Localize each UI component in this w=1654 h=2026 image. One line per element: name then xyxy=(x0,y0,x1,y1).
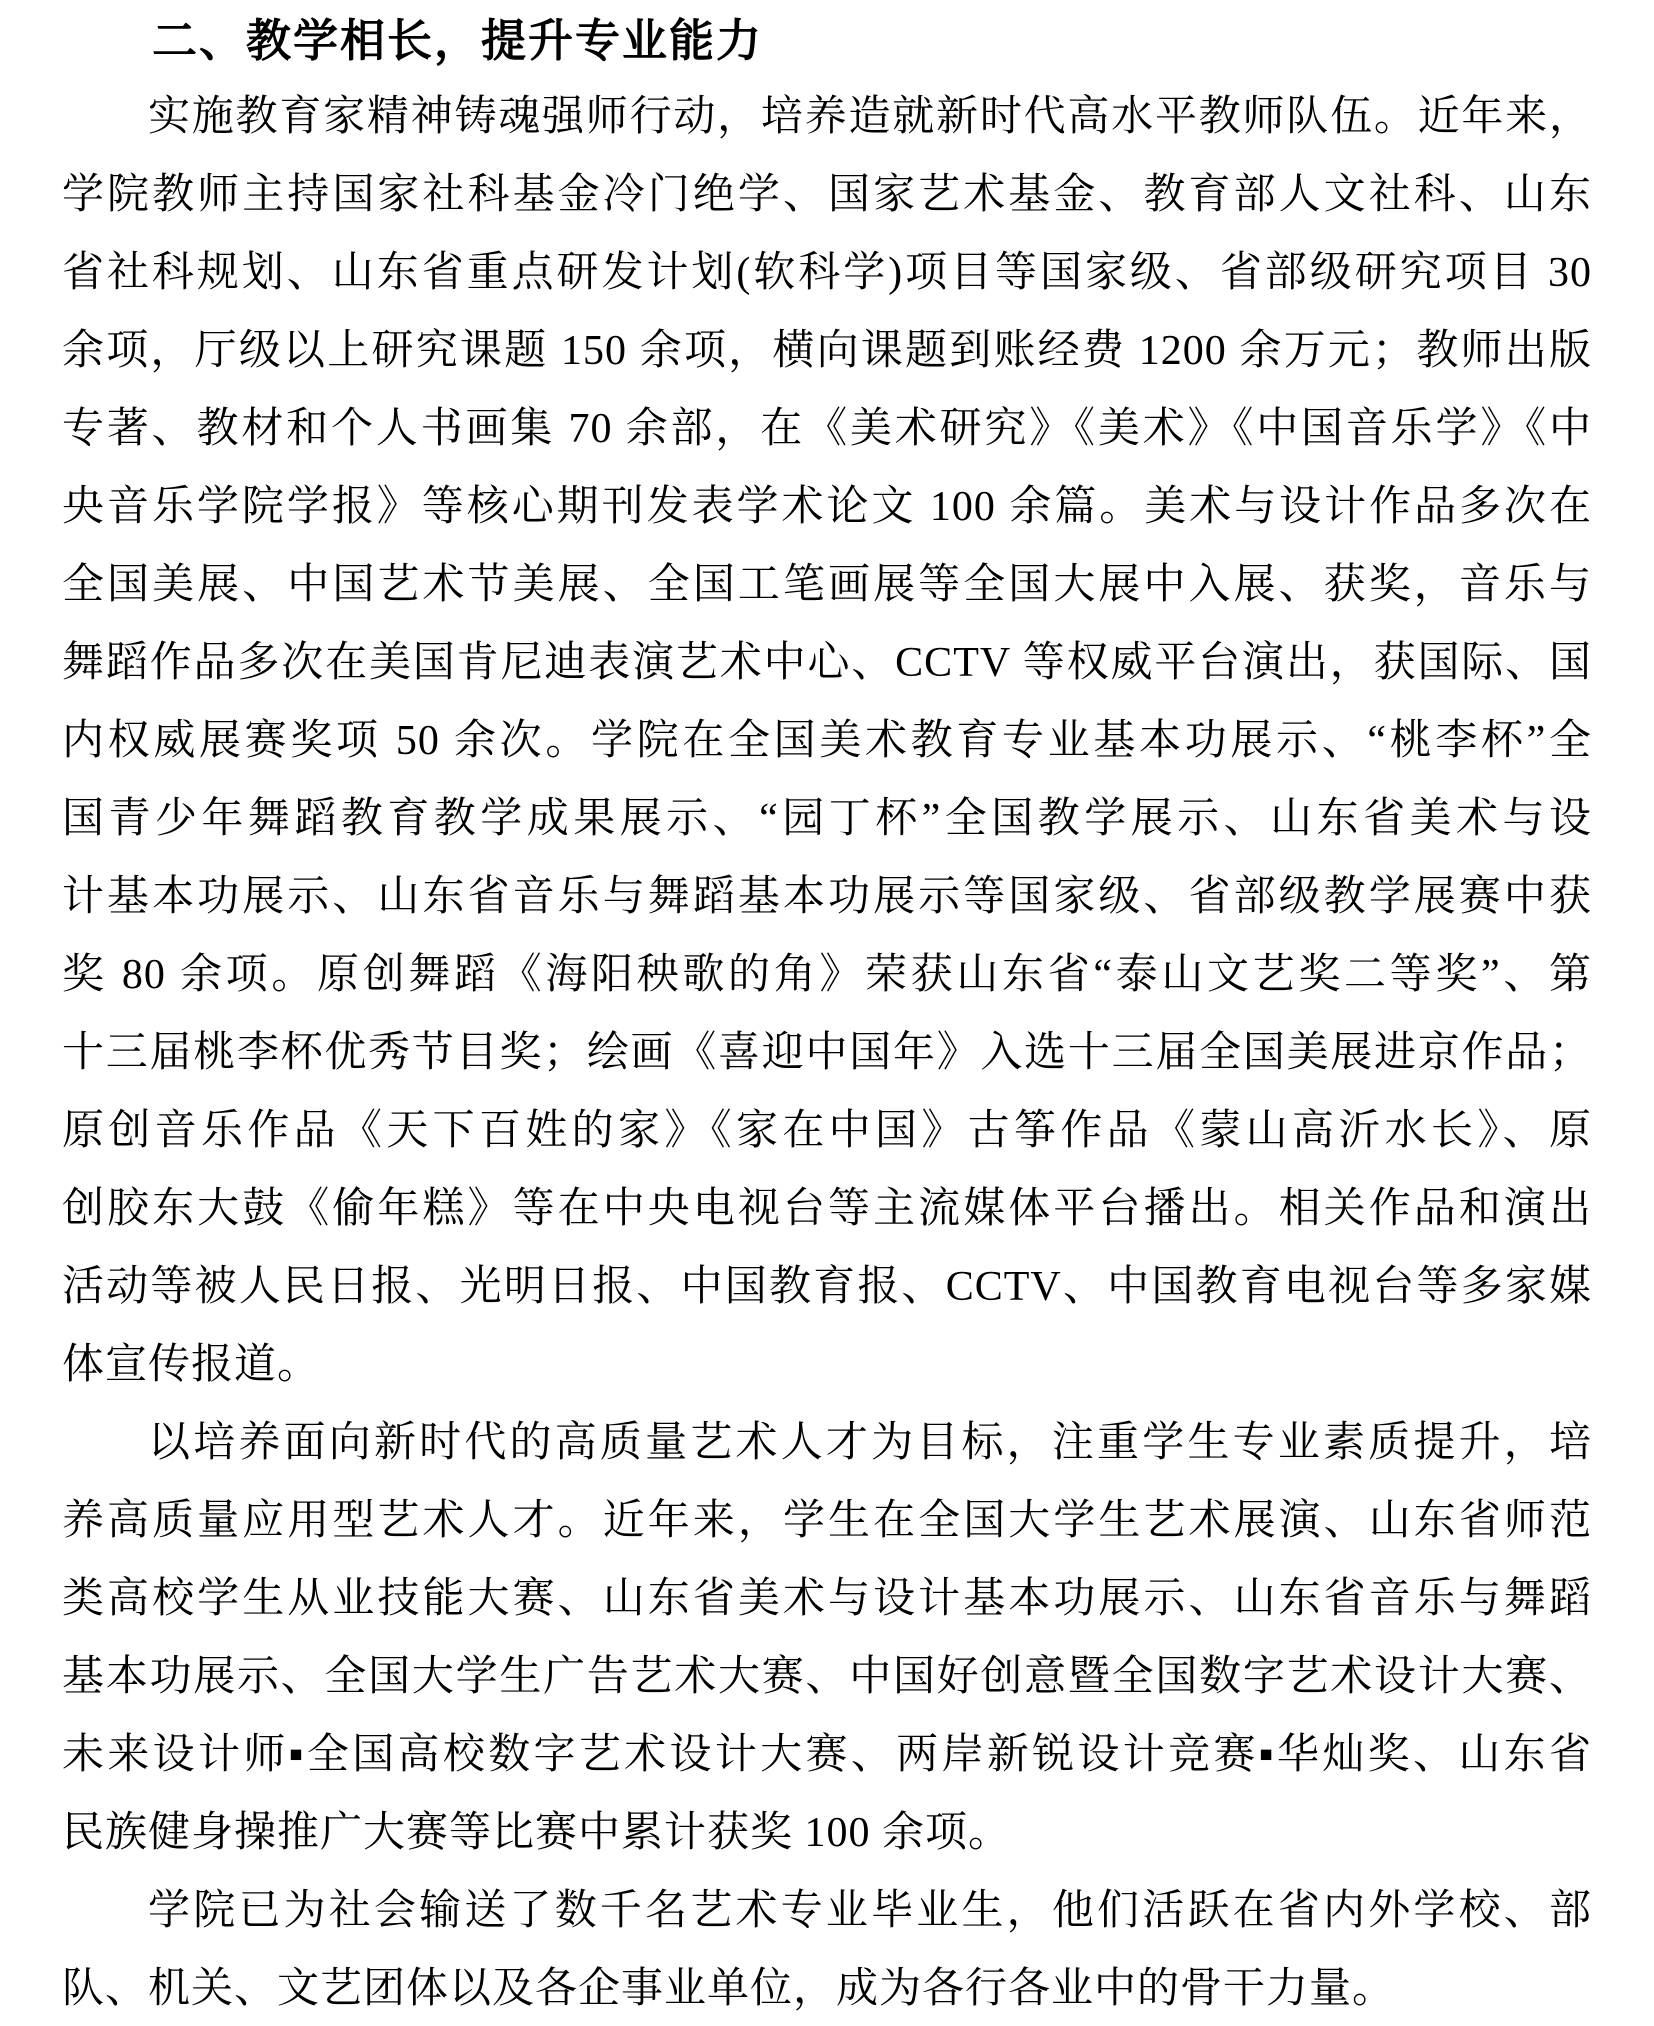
text-line: 基本功展示、全国大学生广告艺术大赛、中国好创意暨全国数字艺术设计大赛、 xyxy=(62,1638,1592,1716)
text-line: 原创音乐作品《天下百姓的家》《家在中国》古筝作品《蒙山高沂水长》、原 xyxy=(62,1092,1592,1170)
text-line: 余项，厅级以上研究课题 150 余项，横向课题到账经费 1200 余万元；教师出… xyxy=(62,312,1592,390)
text-line: 类高校学生从业技能大赛、山东省美术与设计基本功展示、山东省音乐与舞蹈 xyxy=(62,1560,1592,1638)
text-line: 央音乐学院学报》等核心期刊发表学术论文 100 余篇。美术与设计作品多次在 xyxy=(62,468,1592,546)
text-line: 计基本功展示、山东省音乐与舞蹈基本功展示等国家级、省部级教学展赛中获 xyxy=(62,858,1592,936)
text-line: 学院已为社会输送了数千名艺术专业毕业生，他们活跃在省内外学校、部 xyxy=(62,1872,1592,1950)
text-line: 全国美展、中国艺术节美展、全国工笔画展等全国大展中入展、获奖，音乐与 xyxy=(62,546,1592,624)
text-line: 实施教育家精神铸魂强师行动，培养造就新时代高水平教师队伍。近年来， xyxy=(62,78,1592,156)
text-line: 奖 80 余项。原创舞蹈《海阳秧歌的角》荣获山东省“泰山文艺奖二等奖”、第 xyxy=(62,936,1592,1014)
text-line: 以培养面向新时代的高质量艺术人才为目标，注重学生专业素质提升，培 xyxy=(62,1404,1592,1482)
text-line: 未来设计师▪全国高校数字艺术设计大赛、两岸新锐设计竞赛▪华灿奖、山东省 xyxy=(62,1716,1592,1794)
text-line: 内权威展赛奖项 50 余次。学院在全国美术教育专业基本功展示、“桃李杯”全 xyxy=(62,702,1592,780)
text-line: 舞蹈作品多次在美国肯尼迪表演艺术中心、CCTV 等权威平台演出，获国际、国 xyxy=(62,624,1592,702)
section-heading: 二、教学相长，提升专业能力 xyxy=(62,0,1592,78)
text-line: 体宣传报道。 xyxy=(62,1326,1592,1404)
text-line: 专著、教材和个人书画集 70 余部，在《美术研究》《美术》《中国音乐学》《中 xyxy=(62,390,1592,468)
text-line: 创胶东大鼓《偷年糕》等在中央电视台等主流媒体平台播出。相关作品和演出 xyxy=(62,1170,1592,1248)
text-line: 民族健身操推广大赛等比赛中累计获奖 100 余项。 xyxy=(62,1794,1592,1872)
text-line: 活动等被人民日报、光明日报、中国教育报、CCTV、中国教育电视台等多家媒 xyxy=(62,1248,1592,1326)
text-line: 省社科规划、山东省重点研发计划(软科学)项目等国家级、省部级研究项目 30 xyxy=(62,234,1592,312)
text-line: 养高质量应用型艺术人才。近年来，学生在全国大学生艺术展演、山东省师范 xyxy=(62,1482,1592,1560)
text-line: 十三届桃李杯优秀节目奖；绘画《喜迎中国年》入选十三届全国美展进京作品； xyxy=(62,1014,1592,1092)
text-line: 学院教师主持国家社科基金冷门绝学、国家艺术基金、教育部人文社科、山东 xyxy=(62,156,1592,234)
text-line: 队、机关、文艺团体以及各企事业单位，成为各行各业中的骨干力量。 xyxy=(62,1950,1592,2026)
text-line: 国青少年舞蹈教育教学成果展示、“园丁杯”全国教学展示、山东省美术与设 xyxy=(62,780,1592,858)
document-page: 二、教学相长，提升专业能力 实施教育家精神铸魂强师行动，培养造就新时代高水平教师… xyxy=(0,0,1654,2026)
